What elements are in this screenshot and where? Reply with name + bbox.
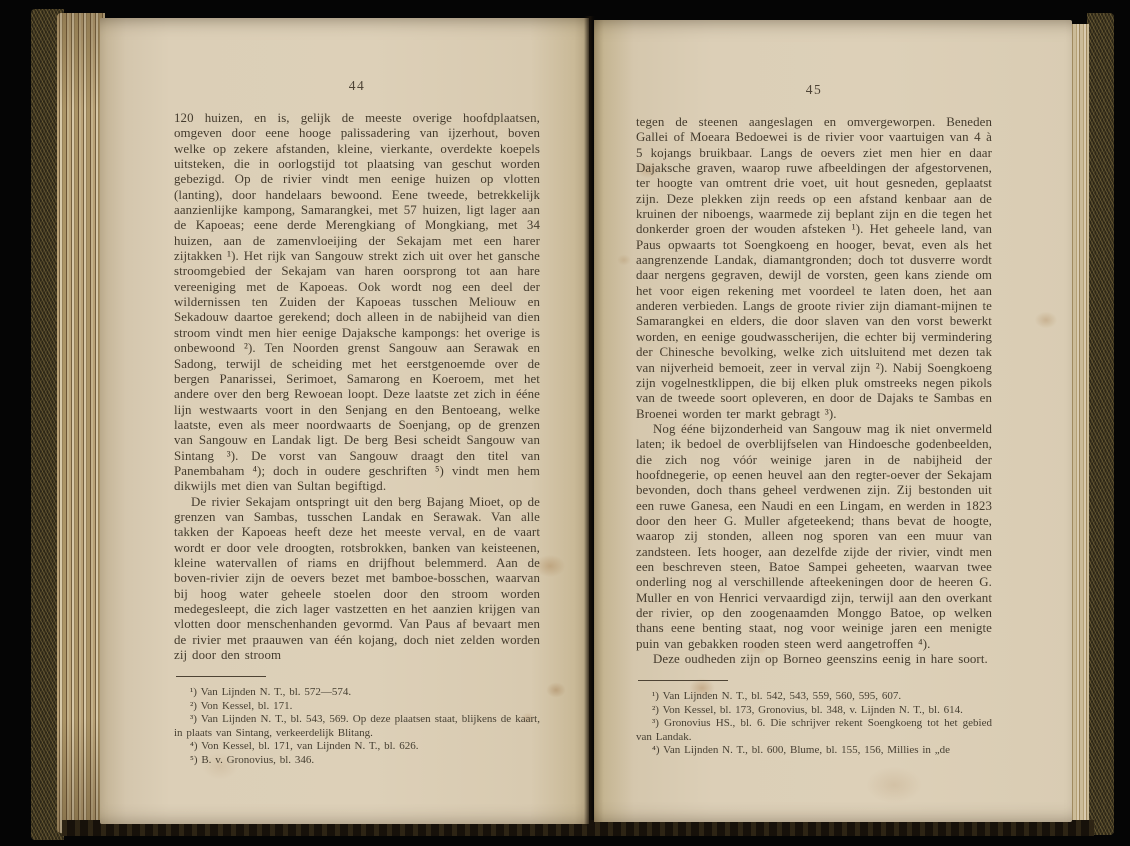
footnote: ⁴) Von Kessel, bl. 171, van Lijnden N. T… — [174, 740, 540, 754]
book-cover-right-edge — [1087, 13, 1114, 835]
footnote: ⁴) Van Lijnden N. T., bl. 600, Blume, bl… — [636, 744, 992, 758]
footnote: ²) Von Kessel, bl. 173, Gronovius, bl. 3… — [636, 704, 992, 718]
paragraph: Deze oudheden zijn op Borneo geenszins e… — [636, 652, 992, 667]
page-left-content: 44 120 huizen, en is, gelijk de meeste o… — [174, 78, 540, 767]
gutter-shadow — [584, 16, 595, 826]
book-scan-photo: 44 120 huizen, en is, gelijk de meeste o… — [0, 0, 1130, 846]
paragraph: tegen de steenen aangeslagen en omvergew… — [636, 115, 992, 422]
footnote: ³) Van Lijnden N. T., bl. 543, 569. Op d… — [174, 713, 540, 740]
paragraph: Nog ééne bijzonderheid van Sangouw mag i… — [636, 422, 992, 652]
page-left: 44 120 huizen, en is, gelijk de meeste o… — [100, 18, 589, 824]
footnote-separator — [638, 680, 728, 681]
page-right: 45 tegen de steenen aangeslagen en omver… — [594, 20, 1072, 822]
footnote: ¹) Van Lijnden N. T., bl. 572—574. — [174, 686, 540, 700]
page-right-content: 45 tegen de steenen aangeslagen en omver… — [636, 82, 992, 758]
paragraph: 120 huizen, en is, gelijk de meeste over… — [174, 111, 540, 495]
footnote: ¹) Van Lijnden N. T., bl. 542, 543, 559,… — [636, 690, 992, 704]
page-number-left: 44 — [174, 78, 540, 94]
footnote-separator — [176, 676, 266, 677]
footnote: ³) Gronovius HS., bl. 6. Die schrijver r… — [636, 717, 992, 744]
page-number-right: 45 — [636, 82, 992, 98]
footnote: ⁵) B. v. Gronovius, bl. 346. — [174, 754, 540, 768]
paragraph: De rivier Sekajam ontspringt uit den ber… — [174, 495, 540, 664]
page-edges-right — [1070, 24, 1089, 820]
footnote: ²) Von Kessel, bl. 171. — [174, 700, 540, 714]
page-edges-left — [57, 13, 105, 833]
